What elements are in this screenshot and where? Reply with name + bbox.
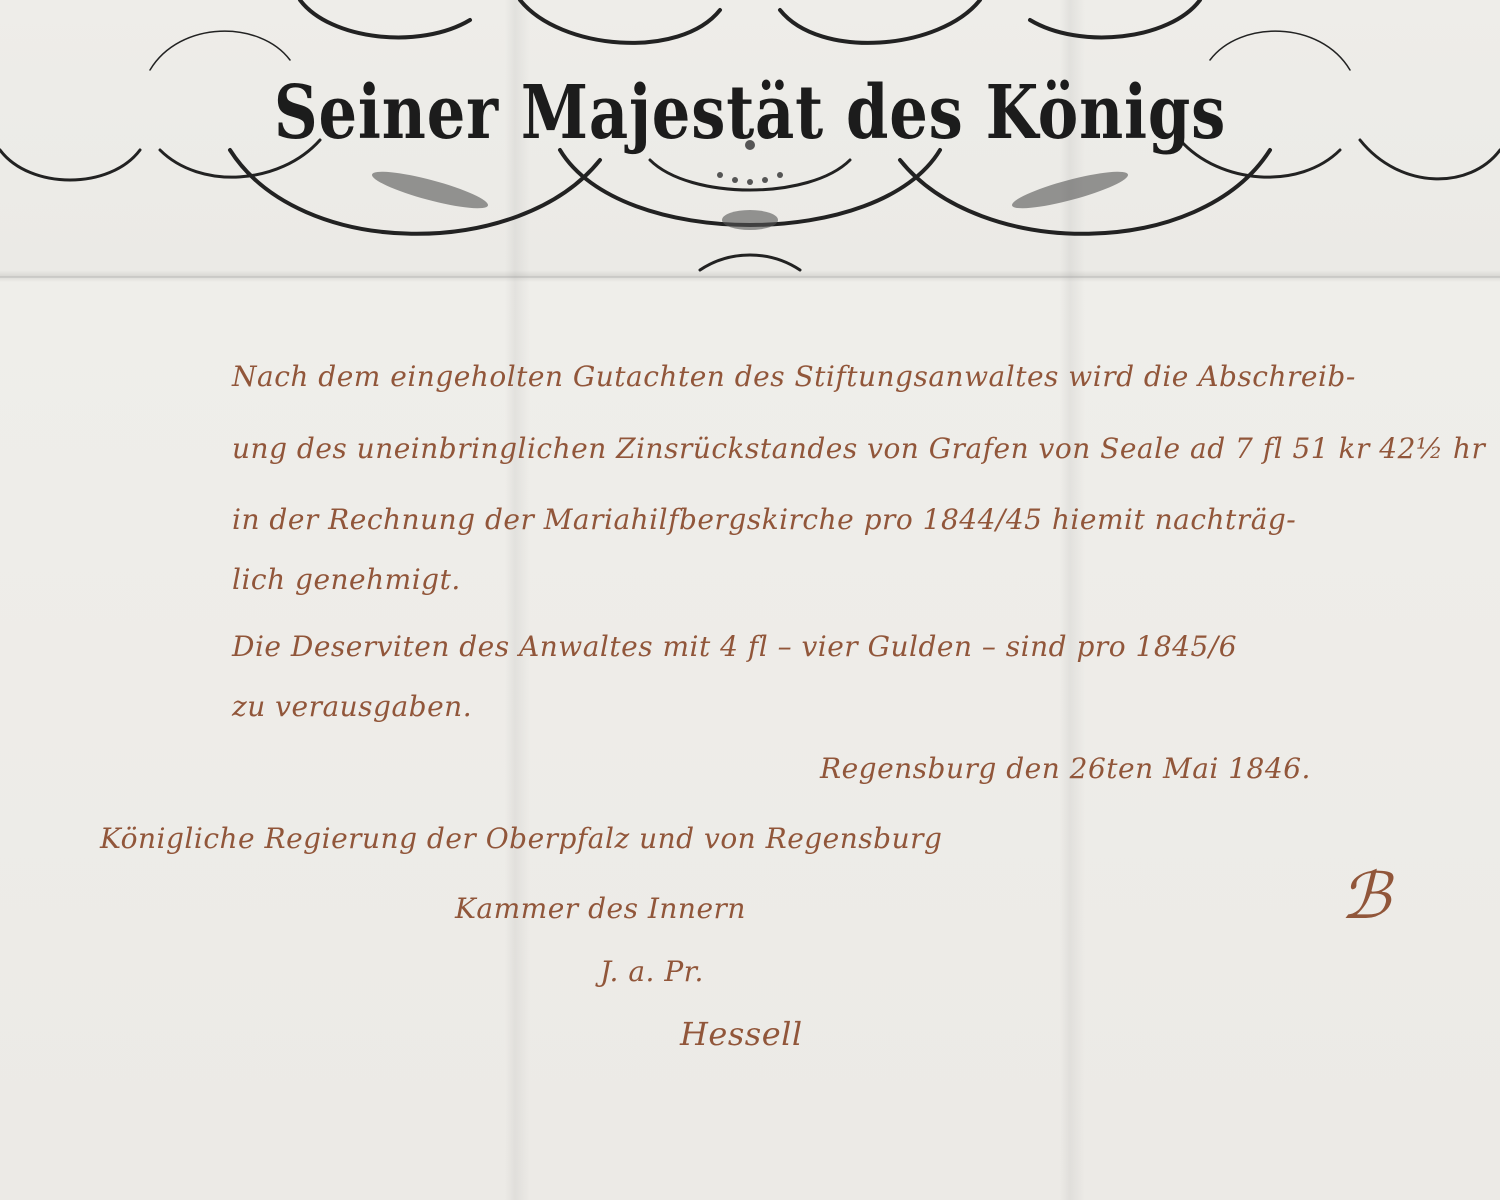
signature: Hessell	[680, 1015, 803, 1053]
authority-line: Königliche Regierung der Oberpfalz und v…	[100, 822, 942, 855]
body-line-2: ung des uneinbringlichen Zinsrückstandes…	[232, 432, 1485, 465]
paper-fold-line	[0, 276, 1500, 278]
paraph-flourish: ℬ	[1340, 860, 1391, 934]
chamber-line: Kammer des Innern	[455, 892, 746, 925]
body-line-3: in der Rechnung der Mariahilfbergskirche…	[232, 503, 1296, 536]
date-line: Regensburg den 26ten Mai 1846.	[820, 752, 1311, 785]
body-line-1: Nach dem eingeholten Gutachten des Stift…	[232, 360, 1356, 393]
printed-heading: Seiner Majestät des Königs	[135, 70, 1365, 156]
body-line-6: zu verausgaben.	[232, 690, 472, 723]
initials: J. a. Pr.	[600, 955, 704, 988]
body-line-5: Die Deserviten des Anwaltes mit 4 fl – v…	[232, 630, 1237, 663]
body-line-4: lich genehmigt.	[232, 563, 461, 596]
